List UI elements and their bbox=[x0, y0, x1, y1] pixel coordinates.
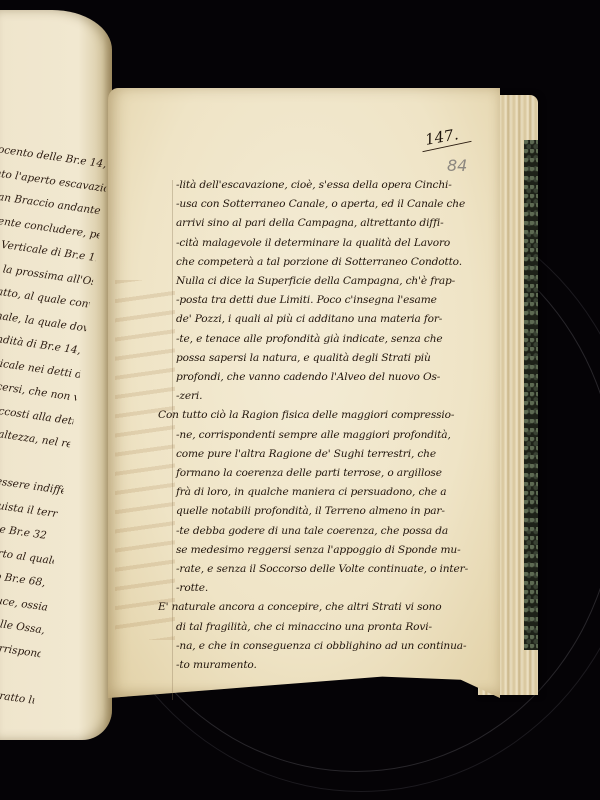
text-line: frà di loro, in qualche maniera ci persu… bbox=[158, 483, 488, 502]
text-line: arrivi sino al pari della Campagna, altr… bbox=[158, 214, 488, 233]
text-line: -zeri. bbox=[158, 387, 488, 406]
text-line: Con tutto ciò la Ragion fisica delle mag… bbox=[158, 406, 488, 425]
text-line: E' naturale ancora a concepire, che altr… bbox=[158, 598, 488, 617]
text-line: Nulla ci dice la Superficie della Campag… bbox=[158, 272, 488, 291]
text-line: quelle notabili profondità, il Terreno a… bbox=[158, 502, 488, 521]
text-line: -rotte. bbox=[158, 579, 488, 598]
book-binding bbox=[524, 140, 538, 650]
text-line: -rate, e senza il Soccorso delle Volte c… bbox=[158, 560, 488, 579]
left-page-text: -ocento delle Br.e 14, tanto -nto l'aper… bbox=[0, 138, 111, 713]
right-page-text: -lità dell'escavazione, cioè, s'essa del… bbox=[158, 176, 488, 675]
text-line: -to muramento. bbox=[158, 656, 488, 675]
text-line: -na, e che in conseguenza ci obblighino … bbox=[158, 637, 488, 656]
text-line: se medesimo reggersi senza l'appoggio di… bbox=[158, 541, 488, 560]
text-line: possa sapersi la natura, e qualità degli… bbox=[158, 349, 488, 368]
text-line: -posta tra detti due Limiti. Poco c'inse… bbox=[158, 291, 488, 310]
text-line: -ne, corrispondenti sempre alle maggiori… bbox=[158, 426, 488, 445]
text-line: -usa con Sotterraneo Canale, o aperta, e… bbox=[158, 195, 488, 214]
text-line: -te, e tenace alle profondità già indica… bbox=[158, 330, 488, 349]
text-line: -cità malagevole il determinare la quali… bbox=[158, 234, 488, 253]
manuscript-photo: -ocento delle Br.e 14, tanto -nto l'aper… bbox=[0, 0, 600, 800]
text-line: formano la coerenza delle parti terrose,… bbox=[158, 464, 488, 483]
text-line: che competerà a tal porzione di Sotterra… bbox=[158, 253, 488, 272]
text-line: de' Pozzi, i quali al più ci additano un… bbox=[158, 310, 488, 329]
text-line: -te debba godere di una tale coerenza, c… bbox=[158, 522, 488, 541]
text-line: di tal fragilità, che ci minaccino una p… bbox=[158, 618, 488, 637]
left-page: -ocento delle Br.e 14, tanto -nto l'aper… bbox=[0, 10, 112, 740]
text-line: come pure l'altra Ragione de' Sughi terr… bbox=[158, 445, 488, 464]
text-line: profondi, che vanno cadendo l'Alveo del … bbox=[158, 368, 488, 387]
text-line: -lità dell'escavazione, cioè, s'essa del… bbox=[158, 176, 488, 195]
folio-number-pencil: 84 bbox=[447, 156, 467, 175]
